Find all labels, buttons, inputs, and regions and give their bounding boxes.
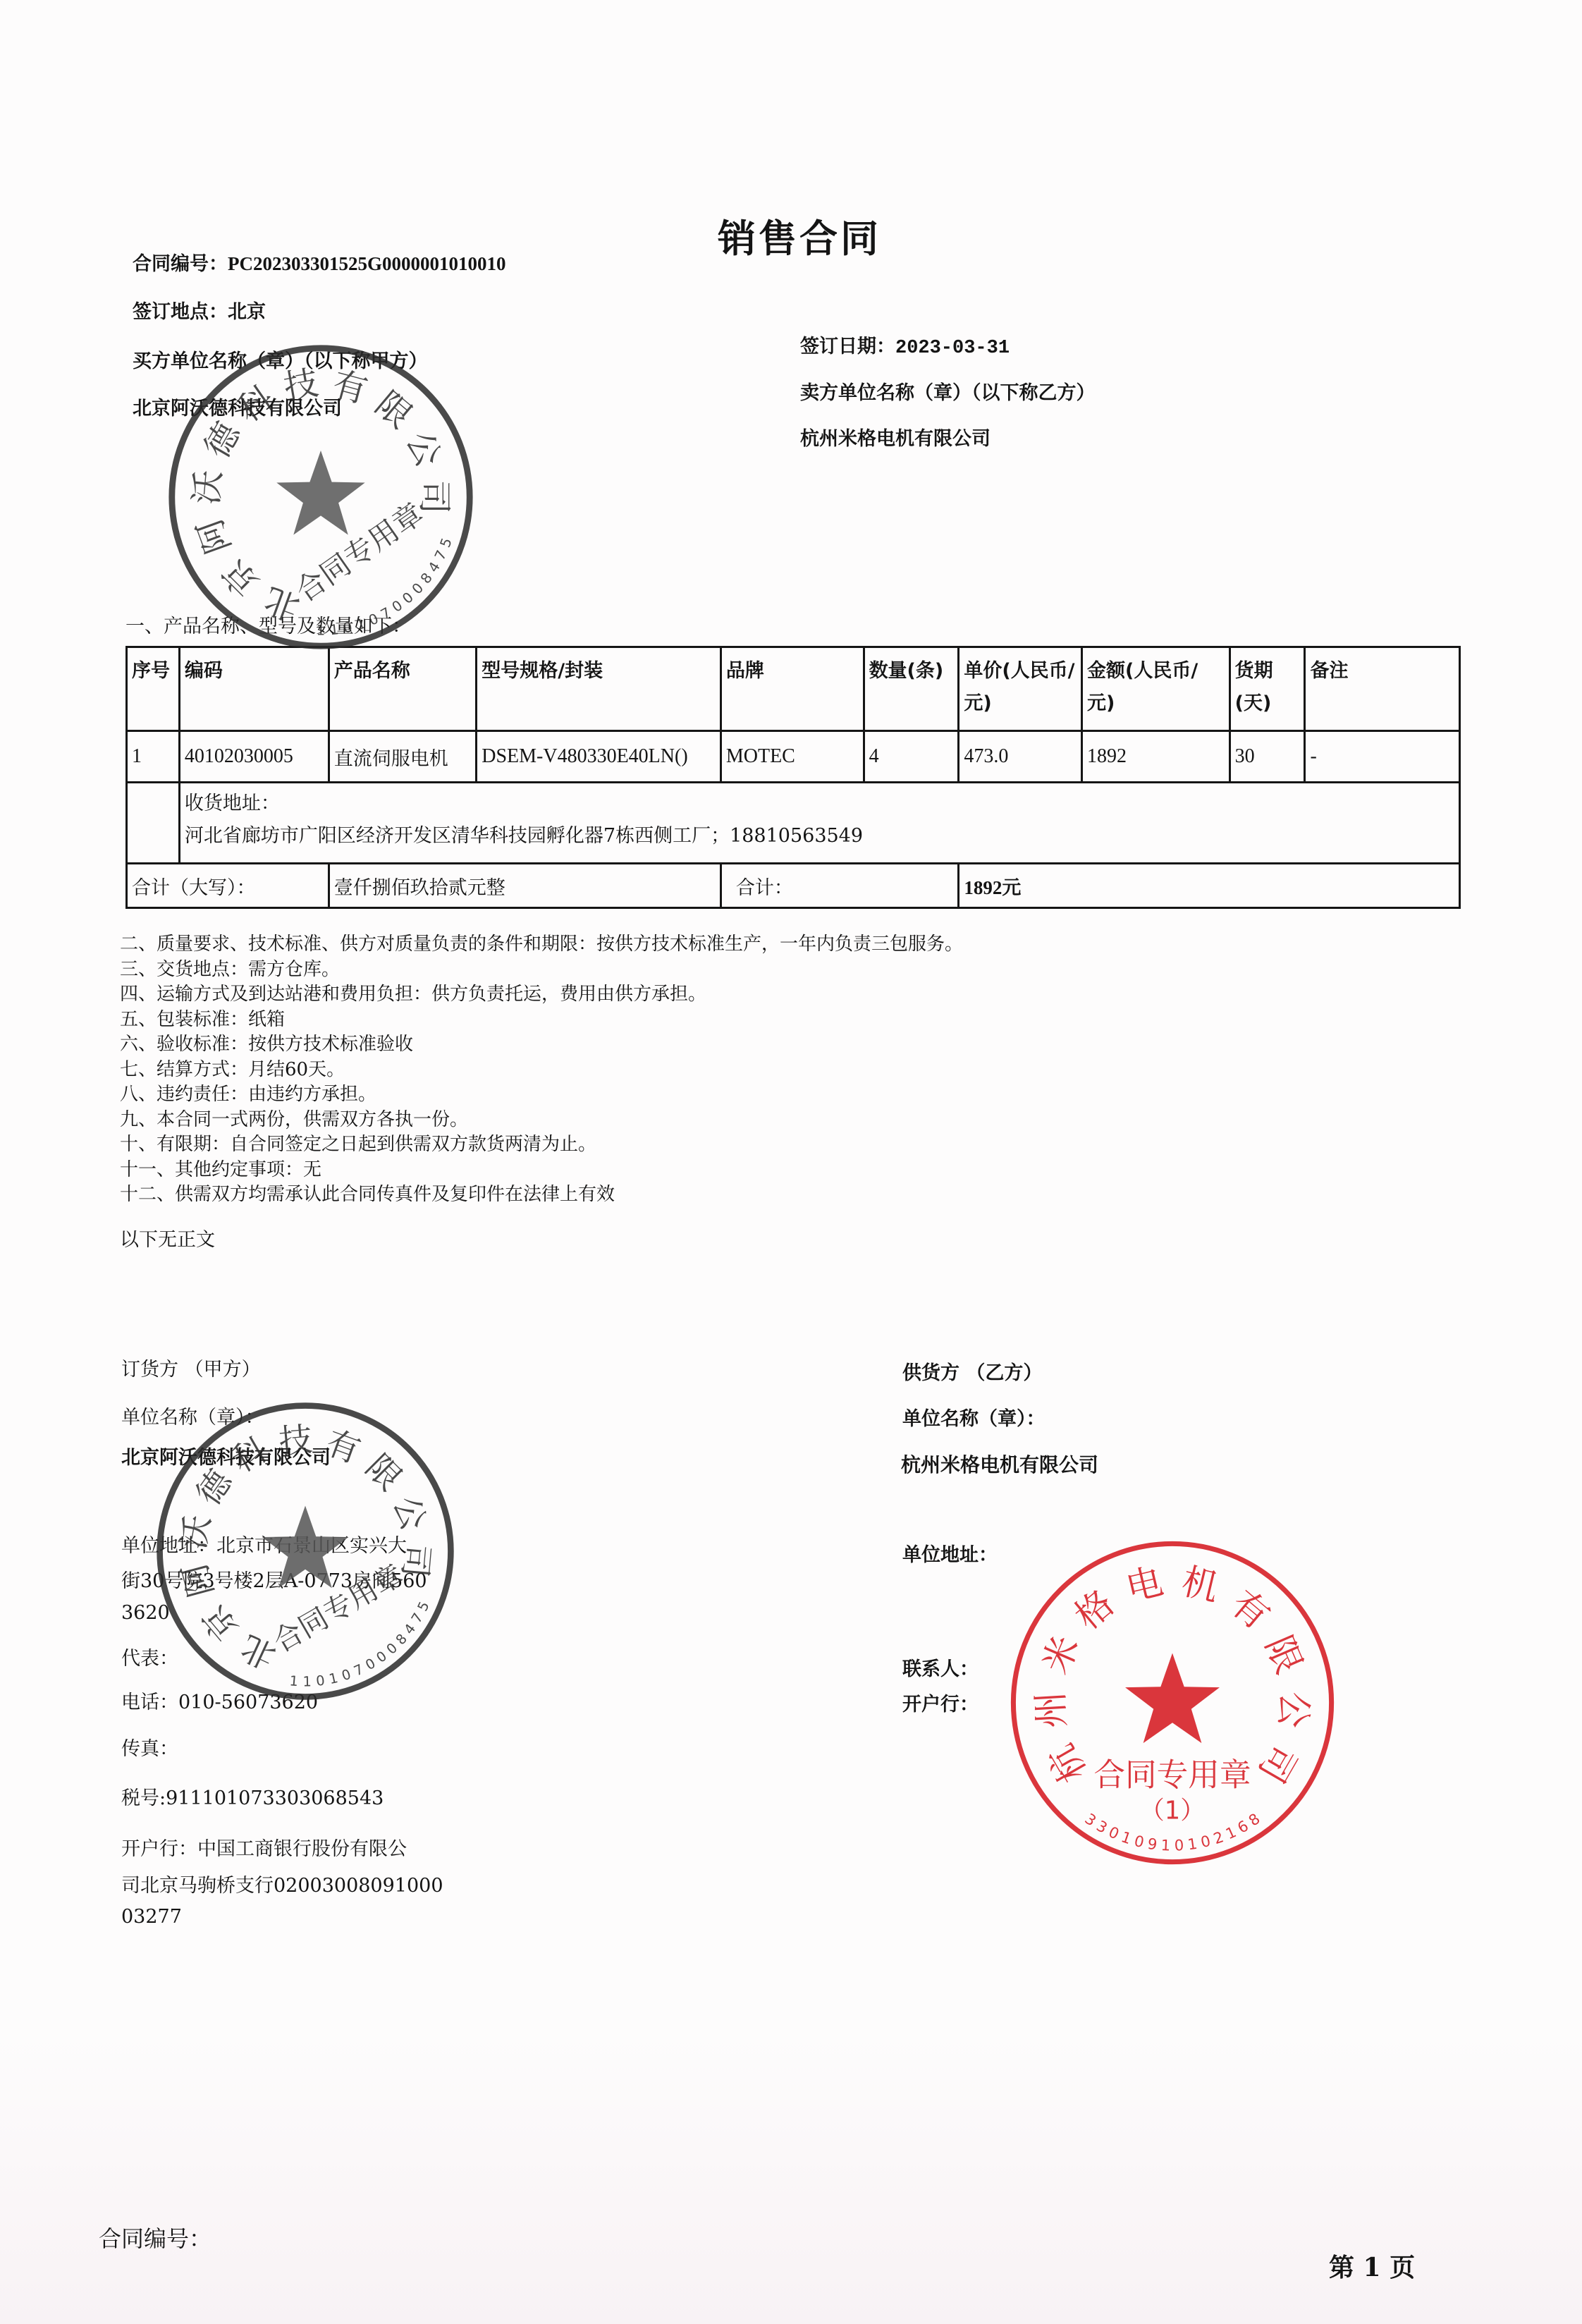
svg-text:有: 有 [321,1424,365,1472]
svg-text:0: 0 [1133,1832,1146,1851]
svg-text:7: 7 [378,604,393,623]
svg-text:阿: 阿 [176,1559,221,1601]
term-8: 八、违约责任：由违约方承担。 [120,1082,963,1108]
cell-product-name: 直流伺服电机 [329,731,476,783]
buyer-contract-seal-bottom: 北京阿沃德科技有限公司合同专用章1101070008475 [154,1400,457,1703]
col-header-quantity: 数量(条) [864,647,959,731]
col-header-index: 序号 [127,647,180,731]
total-upper-value: 壹仟捌佰玖拾贰元整 [329,864,721,908]
svg-text:沃: 沃 [187,468,229,506]
cell-amount: 1892 [1082,731,1230,783]
party-b-name: 杭州米格电机有限公司 [901,1450,1098,1478]
party-a-bank-label: 开户行： [121,1838,197,1860]
party-a-bank-line3: 03277 [121,1906,182,1928]
svg-text:5: 5 [415,1599,433,1614]
svg-text:1: 1 [1186,1835,1198,1854]
party-a-tax-value: 91110107330306854​3 [166,1787,384,1809]
term-9: 九、本合同一式两份，供需双方各执一份。 [120,1108,963,1133]
contract-number: 合同编号：PC202303301525G0000001010010 [133,248,506,276]
svg-text:0: 0 [315,1672,326,1689]
svg-text:技: 技 [277,1420,314,1462]
col-header-brand: 品牌 [721,647,864,731]
svg-text:合同专用章: 合同专用章 [1093,1757,1251,1794]
term-5: 五、包装标准：纸箱 [120,1008,963,1033]
svg-text:有: 有 [1222,1582,1277,1638]
cell-quantity: 4 [864,731,959,783]
svg-text:9: 9 [1146,1835,1158,1854]
svg-text:2: 2 [1211,1828,1226,1847]
svg-text:1: 1 [329,621,340,638]
svg-text:限: 限 [358,1448,409,1498]
address-spacer [127,783,180,864]
svg-text:0: 0 [340,1666,353,1684]
svg-text:4: 4 [425,559,443,575]
cell-code: 40102030005 [179,731,329,783]
cell-remarks: - [1305,731,1460,783]
party-b-address-label: 单位地址： [902,1539,998,1567]
product-table: 序号 编码 产品名称 型号规格/封装 品牌 数量(条) 单价(人民币/元) 金额… [125,646,1461,909]
svg-text:米: 米 [1035,1629,1089,1680]
svg-text:德: 德 [197,415,249,465]
footer-contract-number-label: 合同编号： [99,2221,211,2253]
sign-date-label: 签订日期： [800,336,895,357]
svg-text:1: 1 [317,623,326,639]
svg-text:1: 1 [1160,1836,1171,1854]
col-header-lead-time: 货期(天) [1230,647,1305,731]
party-a-heading: 订货方 （甲方） [121,1354,261,1381]
svg-text:1: 1 [328,1670,340,1687]
contract-number-value: PC202303301525G0000001010010 [228,253,506,274]
seal-star-icon [262,1506,349,1589]
table-row: 1 40102030005 直流伺服电机 DSEM-V480330E40LN()… [127,731,1460,783]
svg-text:公: 公 [1271,1690,1316,1729]
svg-text:限: 限 [368,384,419,436]
seller-label: 卖方单位名称（章）（以下称乙方） [800,377,1096,405]
seller-name: 杭州米格电机有限公司 [800,423,991,451]
svg-text:京: 京 [215,551,267,604]
svg-text:京: 京 [195,1597,247,1648]
party-a-bank-line1: 中国工商银行股份有限公 [197,1838,407,1860]
svg-text:司: 司 [1250,1737,1305,1790]
svg-text:0: 0 [362,1655,378,1673]
svg-text:5: 5 [437,536,455,550]
svg-text:1: 1 [302,1673,312,1689]
sign-date: 签订日期：2023-03-31 [800,331,1010,359]
col-header-product-name: 产品名称 [329,647,476,731]
col-header-code: 编码 [179,647,329,731]
col-header-amount: 金额(人民币/元) [1082,647,1230,731]
cell-unit-price: 473.0 [959,731,1082,783]
svg-text:杭: 杭 [1041,1737,1096,1790]
svg-text:1: 1 [354,616,367,634]
party-a-bank: 开户行：中国工商银行股份有限公 [121,1833,407,1861]
sign-date-value: 2023-03-31 [895,338,1010,359]
term-6: 六、验收标准：按供方技术标准验收 [120,1032,963,1058]
party-a-tax: 税号:91110107330306854​3 [121,1782,384,1810]
svg-text:有: 有 [329,365,372,412]
svg-text:1: 1 [289,1672,299,1689]
cell-lead-time: 30 [1230,731,1305,783]
svg-text:0: 0 [367,611,381,629]
term-7: 七、结算方式：月结60天。 [120,1058,963,1083]
sign-place-value: 北京 [228,301,266,323]
svg-text:沃: 沃 [174,1512,218,1552]
term-4: 四、运输方式及到达站港和费用负担：供方负责托运，费用由供方承担。 [120,982,963,1008]
delivery-address-label: 收货地址： [185,788,1454,820]
contract-number-label: 合同编号： [133,253,228,275]
cell-model: DSEM-V480330E40LN() [477,731,721,783]
page-number: 第 1 页 [1329,2248,1415,2284]
svg-text:0: 0 [1199,1832,1213,1851]
term-2: 二、质量要求、技术标准、供方对质量负责的条件和期限：按供方技术标准生产，一年内负… [120,932,963,958]
svg-text:限: 限 [1257,1629,1311,1680]
sign-place-label: 签订地点： [133,301,228,323]
svg-text:1: 1 [1119,1828,1134,1847]
total-value: 1892元 [959,864,1460,908]
sign-place: 签订地点：北京 [133,296,266,324]
term-10: 十、有限期：自合同签定之日起到供需双方款货两清为止。 [120,1132,963,1158]
cell-brand: MOTEC [721,731,864,783]
seal-star-icon [276,451,364,534]
party-b-name-label: 单位名称（章）： [902,1403,1046,1431]
cell-index: 1 [127,731,180,783]
col-header-unit-price: 单价(人民币/元) [959,647,1082,731]
svg-text:7: 7 [408,1610,427,1626]
delivery-address-cell: 收货地址： 河北省廊坊市广阳区经济开发区清华科技园孵化器7栋西侧工厂；18810… [179,783,1459,864]
party-a-tax-label: 税号: [121,1787,166,1809]
svg-text:电: 电 [1122,1560,1167,1610]
contract-terms: 二、质量要求、技术标准、供方对质量负责的条件和期限：按供方技术标准生产，一年内负… [120,932,963,1252]
table-header-row: 序号 编码 产品名称 型号规格/封装 品牌 数量(条) 单价(人民币/元) 金额… [127,647,1460,731]
delivery-address-value: 河北省廊坊市广阳区经济开发区清华科技园孵化器7栋西侧工厂；18810563549 [185,820,1454,852]
svg-text:0: 0 [1174,1836,1184,1854]
svg-text:公: 公 [398,425,448,473]
total-label: 合计： [721,864,959,908]
svg-text:州: 州 [1029,1690,1074,1729]
total-upper-label: 合计（大写）： [127,864,329,908]
party-b-contact-label: 联系人： [902,1653,979,1681]
total-row: 合计（大写）： 壹仟捌佰玖拾贰元整 合计： 1892元 [127,864,1460,908]
party-b-heading: 供货方 （乙方） [902,1357,1042,1385]
svg-text:技: 技 [281,363,321,408]
seal-star-icon [1125,1653,1220,1744]
term-11: 十一、其他约定事项：无 [120,1158,963,1183]
document-title: 销售合同 [718,209,881,263]
svg-text:0: 0 [1106,1823,1122,1842]
svg-text:7: 7 [431,548,450,563]
term-3: 三、交货地点：需方仓库。 [120,958,963,983]
svg-text:科: 科 [231,379,281,431]
svg-text:格: 格 [1067,1582,1122,1638]
svg-text:机: 机 [1177,1560,1222,1610]
term-12: 十二、供需双方均需承认此合同传真件及复印件在法律上有效 [120,1182,963,1208]
svg-text:（1）: （1） [1140,1797,1206,1825]
svg-text:7: 7 [351,1661,366,1680]
seller-contract-seal: 杭州米格电机有限公司合同专用章（1）33010910102168 [1007,1537,1338,1869]
party-b-bank-label: 开户行： [902,1689,979,1716]
end-note: 以下无正文 [120,1228,963,1253]
party-a-fax-label: 传真： [121,1733,178,1761]
svg-text:德: 德 [189,1462,240,1512]
svg-text:阿: 阿 [190,513,238,559]
col-header-model: 型号规格/封装 [477,647,721,731]
svg-text:科: 科 [226,1430,274,1480]
svg-text:公: 公 [386,1491,434,1536]
buyer-contract-seal-top: 北京阿沃德科技有限公司合同专用章1101070008475 [166,342,476,652]
svg-text:0: 0 [342,619,354,637]
svg-text:司: 司 [415,480,454,514]
party-a-bank-line2: 司北京马驹桥支行02003008091000 [121,1870,443,1897]
col-header-remarks: 备注 [1305,647,1460,731]
address-row: 收货地址： 河北省廊坊市广阳区经济开发区清华科技园孵化器7栋西侧工厂；18810… [127,783,1460,864]
